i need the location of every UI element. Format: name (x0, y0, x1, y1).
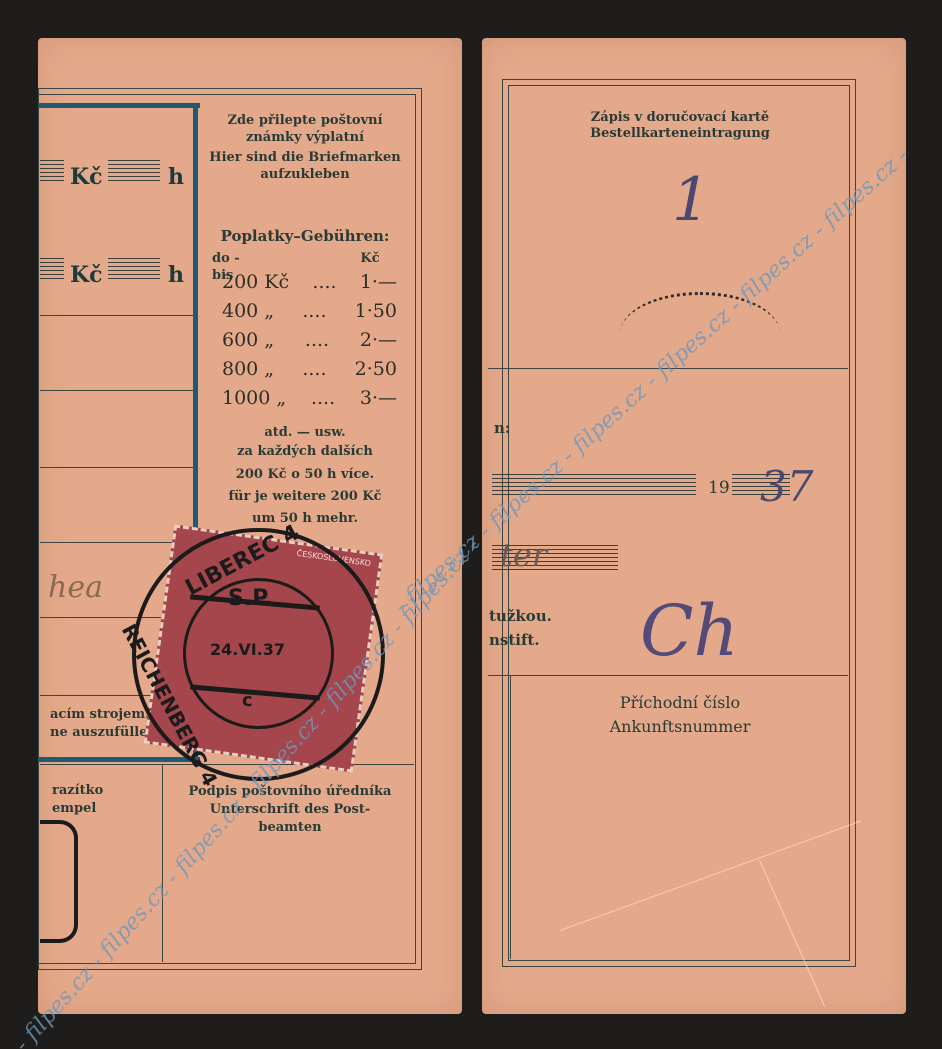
arrival-number-cz: Příchodní číslo (510, 694, 850, 711)
fee-upto: 200 Kč (222, 268, 289, 297)
fees-note-3: 200 Kč o 50 h více. (200, 466, 410, 483)
pencil-note-cz: tužkou. (489, 608, 552, 625)
left-blue-top-rule (38, 103, 200, 108)
fee-dots: .... (312, 268, 336, 297)
fees-title: Poplatky–Gebühren: (200, 228, 410, 245)
amount-lines-2a (40, 258, 64, 282)
fee-upto: 1000 „ (222, 384, 286, 413)
stamp-instruction-de-2: aufzukleben (200, 166, 410, 183)
fee-row: 800 „....2·50 (222, 355, 397, 384)
left-row-divider (40, 390, 193, 391)
left-row-divider (40, 467, 193, 468)
fees-table: 200 Kč....1·— 400 „....1·50 600 „....2·—… (222, 268, 397, 413)
fee-upto: 800 „ (222, 355, 274, 384)
fee-row: 400 „....1·50 (222, 297, 397, 326)
fee-dots: .... (302, 355, 326, 384)
handwriting-right: ter (500, 536, 547, 574)
fees-note-2: za každých dalších (200, 443, 410, 460)
amount-lines-2b (108, 258, 160, 282)
handwritten-year: 37 (760, 462, 813, 511)
fee-value: 2·50 (355, 355, 397, 384)
left-lower-vdivider (162, 764, 163, 962)
partial-stamp-label-1: razítko (52, 782, 103, 799)
signature-label-2: Unterschrift des Post- (165, 801, 415, 818)
fee-value: 2·— (360, 326, 397, 355)
stamp-instruction-cz-1: Zde přilepte poštovní (200, 112, 410, 129)
date-stamp-outline (40, 820, 78, 943)
left-row-divider (40, 315, 193, 316)
year-prefix: 19 (708, 480, 730, 497)
left-blue-bottom-rule (38, 757, 200, 762)
pencil-note-de: nstift. (489, 632, 540, 649)
unit-major-2: Kč (70, 262, 103, 288)
partial-text-1: acím strojem. (50, 706, 150, 723)
fee-upto: 400 „ (222, 297, 274, 326)
fees-note-4: für je weitere 200 Kč (200, 488, 410, 505)
fee-dots: .... (302, 297, 326, 326)
delivery-card-header-de: Bestellkarteneintragung (510, 125, 850, 142)
unit-minor-2: h (168, 262, 184, 288)
stamp-instruction-de-1: Hier sind die Briefmarken (200, 149, 410, 166)
delivery-card-header-cz: Zápis v doručovací kartě (510, 109, 850, 126)
fee-row: 600 „....2·— (222, 326, 397, 355)
handwritten-number: 1 (672, 165, 710, 235)
amount-lines-1b (108, 160, 160, 184)
partial-stamp-label-2: empel (52, 800, 96, 817)
fee-value: 3·— (360, 384, 397, 413)
partial-label: n: (494, 420, 510, 437)
arrival-number-de: Ankunftsnummer (510, 718, 850, 735)
handwriting-left: hea (48, 570, 103, 605)
fee-upto: 600 „ (222, 326, 274, 355)
postmark-date: 24.VI.37 (210, 640, 285, 659)
unit-major-1: Kč (70, 164, 103, 190)
fee-row: 200 Kč....1·— (222, 268, 397, 297)
fees-col-right: Kč (355, 250, 385, 267)
left-row-divider (40, 542, 193, 543)
fee-dots: .... (311, 384, 335, 413)
signature-right: Ch (640, 590, 739, 672)
fee-value: 1·50 (355, 297, 397, 326)
right-divider-2 (488, 675, 848, 676)
fee-row: 1000 „....3·— (222, 384, 397, 413)
fee-dots: .... (305, 326, 329, 355)
unit-minor-1: h (168, 164, 184, 190)
fees-note-1: atd. — usw. (200, 424, 410, 441)
stamp-instruction-cz-2: známky výplatní (200, 129, 410, 146)
amount-lines-1a (40, 160, 64, 184)
fees-note-5: um 50 h mehr. (200, 510, 410, 527)
fee-value: 1·— (360, 268, 397, 297)
